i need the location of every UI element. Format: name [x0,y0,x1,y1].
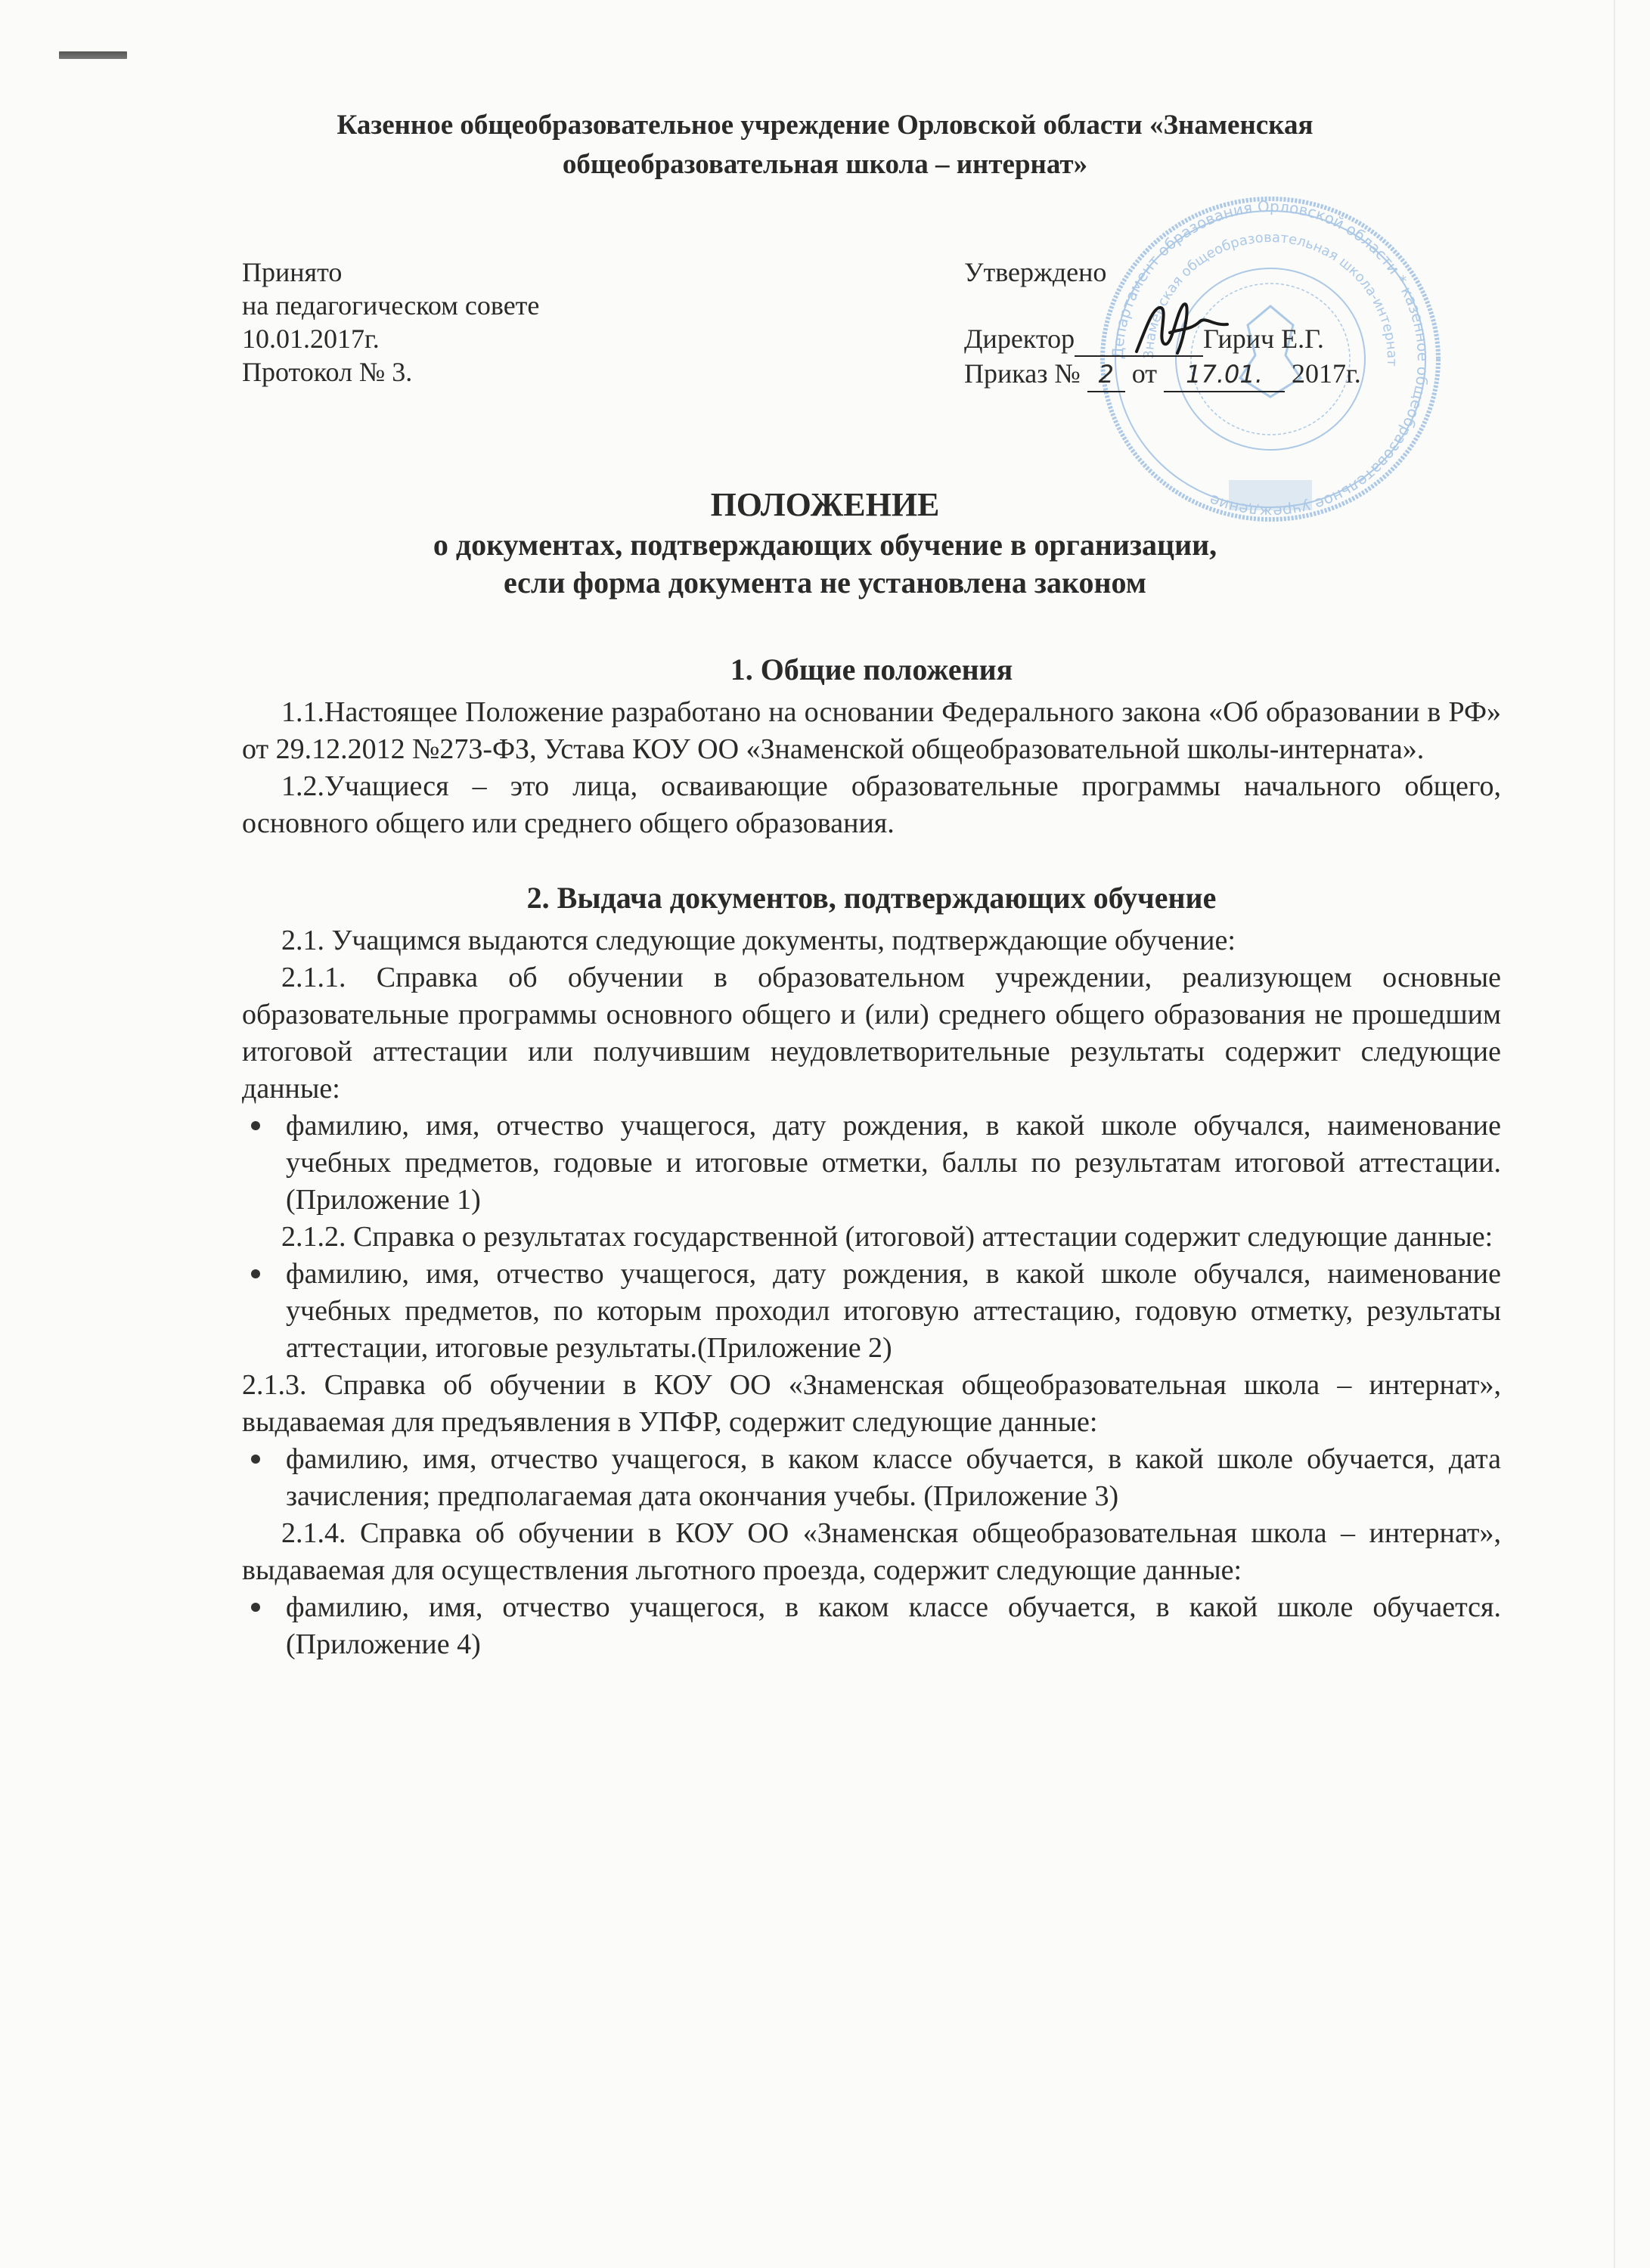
accepted-label: Принято [242,256,539,289]
paragraph-2-1: 2.1. Учащимся выдаются следующие докумен… [242,922,1501,959]
page-edge [1614,0,1615,2268]
list-item-2-1-2: фамилию, имя, отчество учащегося, дату р… [247,1256,1501,1367]
order-from-label: от [1132,358,1157,389]
paragraph-1-2: 1.2.Учащиеся – это лица, осваивающие обр… [242,768,1501,842]
order-number: 2 [1087,358,1125,392]
list-item-2-1-3: фамилию, имя, отчество учащегося, в како… [247,1441,1501,1515]
list-item-2-1-4: фамилию, имя, отчество учащегося, в како… [247,1589,1501,1663]
paragraph-2-1-1: 2.1.1. Справка об обучении в образовател… [242,959,1501,1108]
accepted-block: Принято на педагогическом совете 10.01.2… [242,256,539,389]
bullet-icon [251,1121,260,1130]
institution-name-line2: общеобразовательная школа – интернат» [0,145,1650,184]
accepted-protocol: Протокол № 3. [242,355,539,389]
director-signature-icon [1130,299,1229,359]
title-sub-line1: о документах, подтверждающих обучение в … [0,526,1650,564]
document-body: 1. Общие положения 1.1.Настоящее Положен… [242,650,1501,1663]
bullet-icon [251,1455,260,1464]
order-line: Приказ № 2 от 17.01. 2017г. [964,357,1361,392]
list-item-text: фамилию, имя, отчество учащегося, дату р… [286,1258,1501,1364]
paragraph-2-1-2: 2.1.2. Справка о результатах государстве… [242,1219,1501,1256]
institution-header: Казенное общеобразовательное учреждение … [0,106,1650,184]
bullet-icon [251,1603,260,1612]
director-label: Директор [964,324,1075,354]
accepted-date: 10.01.2017г. [242,322,539,355]
paragraph-2-1-3: 2.1.3. Справка об обучении в КОУ ОО «Зна… [242,1367,1501,1441]
institution-name-line1: Казенное общеобразовательное учреждение … [0,106,1650,145]
title-sub-line2: если форма документа не установлена зако… [0,564,1650,602]
scan-artifact-mark [59,51,127,59]
paragraph-1-1: 1.1.Настоящее Положение разработано на о… [242,694,1501,768]
bullet-icon [251,1269,260,1278]
section-1-heading: 1. Общие положения [242,650,1501,689]
list-item-text: фамилию, имя, отчество учащегося, дату р… [286,1110,1501,1216]
order-year: 2017г. [1292,358,1361,389]
order-date: 17.01. [1164,358,1285,392]
order-label: Приказ № [964,358,1081,389]
paragraph-2-1-4: 2.1.4. Справка об обучении в КОУ ОО «Зна… [242,1515,1501,1589]
list-item-text: фамилию, имя, отчество учащегося, в како… [286,1591,1501,1660]
list-item-2-1-1: фамилию, имя, отчество учащегося, дату р… [247,1108,1501,1219]
section-2-heading: 2. Выдача документов, подтверждающих обу… [242,878,1501,918]
approved-label: Утверждено [964,256,1361,289]
list-item-text: фамилию, имя, отчество учащегося, в како… [286,1443,1501,1512]
accepted-body: на педагогическом совете [242,289,539,322]
